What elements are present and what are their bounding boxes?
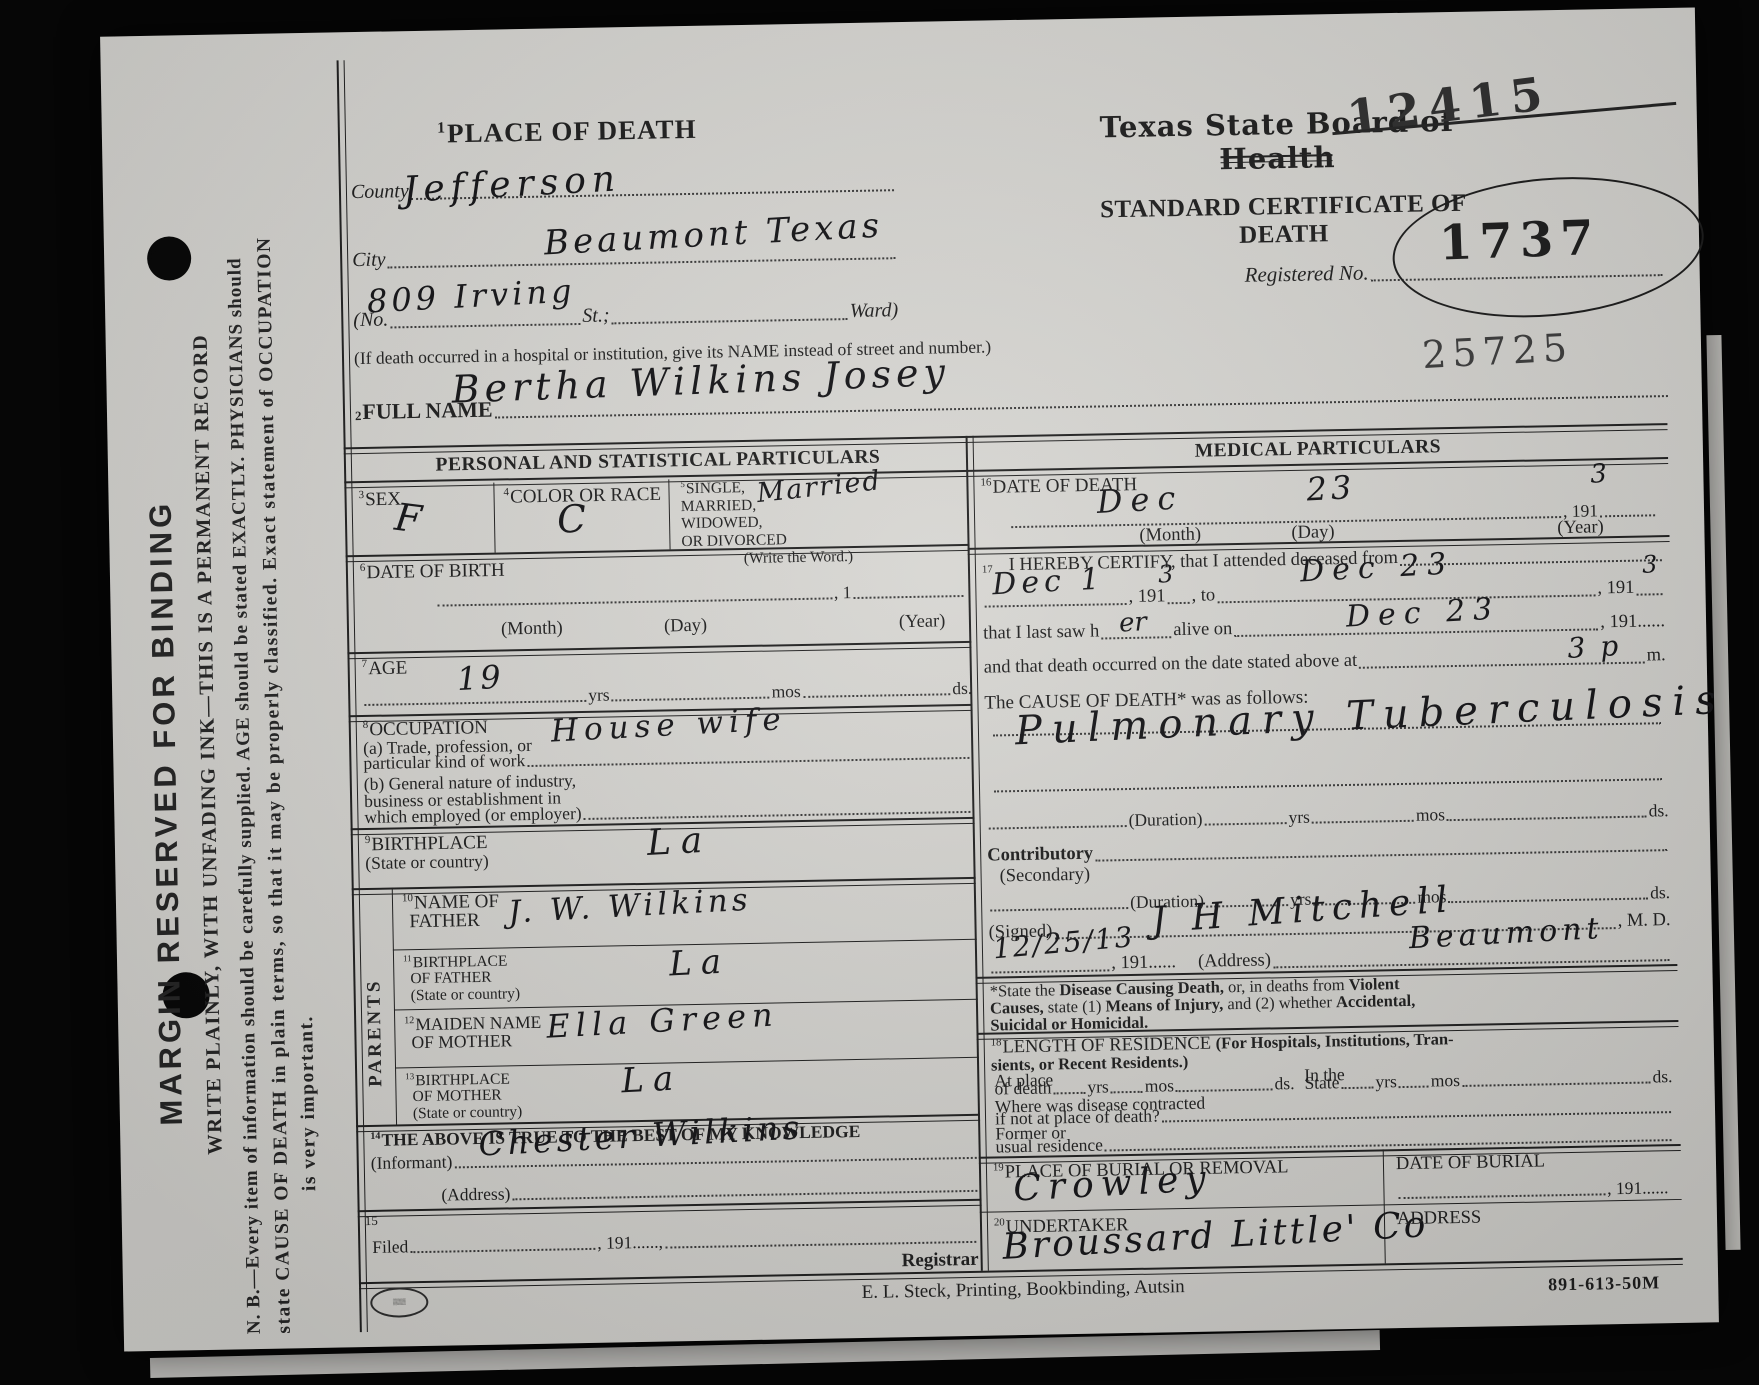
dotted-line bbox=[994, 778, 1662, 792]
death-day-handwriting: 23 bbox=[1306, 471, 1356, 506]
state-or-country-note: (State or country) bbox=[411, 985, 521, 1005]
field-number: 5 bbox=[680, 479, 685, 489]
ward-label: Ward) bbox=[850, 300, 899, 322]
mother-birthplace-handwriting: La bbox=[620, 1061, 683, 1098]
maiden-name-of-mother-label-2: OF MOTHER bbox=[411, 1030, 512, 1053]
field-number: 9 bbox=[365, 834, 371, 846]
sex-value-handwriting: F bbox=[393, 498, 424, 539]
to-label: , to bbox=[1191, 586, 1215, 606]
yrs-label: yrs bbox=[588, 685, 610, 704]
place-of-death-title: 1PLACE OF DEATH bbox=[352, 112, 782, 151]
occupation-b-line3: which employed (or employer) bbox=[364, 804, 582, 826]
dots bbox=[1176, 1086, 1273, 1093]
yrs-label: yrs bbox=[1288, 808, 1310, 827]
county-label: County bbox=[351, 181, 409, 203]
field-number: 7 bbox=[362, 658, 368, 670]
yrs-label: yrs bbox=[1375, 1072, 1397, 1091]
date-of-birth-label: DATE OF BIRTH bbox=[366, 560, 505, 584]
dots bbox=[1095, 847, 1667, 862]
filed-label: Filed bbox=[372, 1237, 408, 1256]
dots bbox=[1600, 512, 1655, 518]
dots bbox=[410, 1245, 595, 1253]
alive-on-text: alive on bbox=[1173, 620, 1232, 641]
margin-nb-note-line3: is very important. bbox=[295, 961, 321, 1191]
dots bbox=[612, 315, 848, 324]
print-job-number: 891-613-50M bbox=[1548, 1272, 1660, 1295]
father-birthplace-handwriting: La bbox=[668, 944, 731, 981]
field-number: 11 bbox=[403, 953, 412, 963]
attended-from-year-handwriting: 3 bbox=[1157, 562, 1174, 587]
state-or-country-note: (State or country) bbox=[365, 851, 489, 874]
field-number: 18 bbox=[991, 1036, 1002, 1048]
dots bbox=[1162, 1108, 1671, 1122]
row-rule bbox=[395, 1057, 979, 1069]
mos-label: mos bbox=[1431, 1071, 1461, 1090]
parents-label: PARENTS bbox=[362, 927, 387, 1087]
burial-place-handwriting: Crowley bbox=[1012, 1161, 1213, 1208]
year-blank: , 191...... bbox=[1607, 1178, 1669, 1197]
death-year-handwriting: 3 bbox=[1590, 461, 1608, 488]
race-value-handwriting: C bbox=[556, 499, 587, 538]
row-rule bbox=[347, 641, 971, 659]
time-of-death-handwriting: 3 p bbox=[1567, 632, 1622, 663]
secondary-note: (Secondary) bbox=[999, 865, 1090, 888]
year-printed: , 191 bbox=[1597, 579, 1634, 599]
dots bbox=[364, 697, 586, 706]
field-number: 14 bbox=[370, 1131, 380, 1142]
file-number-stamp: 25725 bbox=[1421, 325, 1574, 377]
state-label: State bbox=[1304, 1073, 1339, 1092]
year-sublabel: (Year) bbox=[899, 611, 946, 633]
margin-binding-note: MARGIN RESERVED FOR BINDING bbox=[140, 385, 190, 1126]
her-handwriting: er bbox=[1118, 609, 1147, 636]
field-number: 16 bbox=[980, 476, 991, 488]
state-or-country-note: (State or country) bbox=[413, 1103, 523, 1123]
dots bbox=[665, 1238, 976, 1249]
field-number: 2 bbox=[355, 410, 362, 424]
informant-label: (Informant) bbox=[371, 1152, 453, 1172]
day-sublabel: (Day) bbox=[664, 616, 708, 638]
dots bbox=[1011, 513, 1561, 528]
contributory-label: Contributory bbox=[987, 845, 1093, 866]
dots bbox=[1399, 1083, 1429, 1089]
row-rule bbox=[346, 544, 970, 562]
year-blank: , 191...... bbox=[1111, 953, 1176, 974]
dots bbox=[527, 754, 969, 767]
dots bbox=[1447, 813, 1647, 822]
month-sublabel: (Month) bbox=[501, 618, 563, 640]
field-number: 3 bbox=[358, 489, 364, 501]
union-printing-label-icon: ▒▒▒ bbox=[370, 1287, 429, 1318]
age-label: AGE bbox=[368, 658, 407, 680]
informant-address-label: (Address) bbox=[441, 1184, 510, 1204]
field-number: 8 bbox=[363, 719, 369, 731]
dots bbox=[1341, 1084, 1373, 1090]
dots bbox=[990, 904, 1128, 912]
attended-from-handwriting: Dec 1 bbox=[992, 564, 1106, 600]
ds-label: ds. bbox=[1274, 1074, 1294, 1093]
dots bbox=[991, 967, 1109, 974]
mother-name-handwriting: Ella Green bbox=[546, 998, 780, 1042]
occupation-a-line2: particular kind of work bbox=[363, 751, 525, 772]
registered-no-label: Registered No. bbox=[1244, 262, 1368, 286]
parents-strip-divider bbox=[392, 888, 397, 1125]
field-number: 10 bbox=[402, 892, 413, 904]
ds-label: ds. bbox=[1648, 801, 1668, 820]
field-number: 4 bbox=[503, 486, 509, 498]
dots bbox=[1312, 817, 1414, 824]
dots bbox=[438, 595, 833, 607]
photograph-background: { "colors": { "background": "#060606", "… bbox=[0, 0, 1759, 1385]
field-number: 13 bbox=[405, 1071, 414, 1081]
m-label: m. bbox=[1647, 646, 1666, 666]
mos-label: mos bbox=[1145, 1076, 1175, 1095]
md-label: , M. D. bbox=[1617, 911, 1670, 931]
city-label: City bbox=[352, 250, 386, 272]
cell-divider bbox=[668, 479, 670, 549]
street-value-handwriting: 809 Irving bbox=[366, 274, 576, 317]
field-number: 19 bbox=[993, 1161, 1004, 1173]
dots bbox=[1205, 819, 1287, 826]
mos-label: mos bbox=[771, 682, 801, 701]
dots bbox=[1399, 1191, 1606, 1200]
attended-to-handwriting: Dec 23 bbox=[1299, 549, 1455, 587]
death-occurred-text: and that death occurred on the date stat… bbox=[984, 652, 1358, 678]
street-label: St.; bbox=[582, 305, 610, 326]
field-number: 1 bbox=[437, 119, 446, 136]
former-residence-label-2: usual residence bbox=[995, 1136, 1103, 1156]
dots bbox=[612, 694, 770, 702]
ds-label: ds. bbox=[1650, 883, 1670, 902]
dots bbox=[512, 1187, 977, 1201]
dots bbox=[1462, 1079, 1651, 1087]
birthplace-value-handwriting: La bbox=[646, 823, 713, 862]
last-saw-text: that I last saw h bbox=[983, 623, 1099, 645]
field-number: 15 bbox=[365, 1213, 378, 1229]
death-certificate-page: MARGIN RESERVED FOR BINDING WRITE PLAINL… bbox=[100, 7, 1719, 1351]
year-prefix: , 1 bbox=[834, 583, 852, 602]
attended-to-year-handwriting: 3 bbox=[1641, 552, 1658, 577]
dots bbox=[390, 320, 580, 328]
field-number: 6 bbox=[360, 562, 366, 574]
color-or-race-label: COLOR OR RACE bbox=[510, 484, 661, 508]
dots bbox=[454, 1154, 976, 1169]
duration-label: (Duration) bbox=[1128, 810, 1202, 830]
yrs-label: yrs bbox=[1087, 1077, 1109, 1096]
dots bbox=[1168, 599, 1190, 604]
margin-write-plainly-note: WRITE PLAINLY, WITH UNFADING INK—THIS IS… bbox=[188, 250, 228, 1155]
field-number: 12 bbox=[404, 1015, 414, 1026]
dots bbox=[1449, 895, 1649, 904]
ds-label: ds. bbox=[1652, 1067, 1672, 1086]
registrar-label: Registrar bbox=[840, 1249, 978, 1274]
name-of-father-label-2: FATHER bbox=[409, 910, 480, 933]
ds-label: ds. bbox=[952, 679, 972, 698]
mos-label: mos bbox=[1416, 805, 1446, 824]
dots bbox=[853, 592, 963, 599]
address-label: (Address) bbox=[1198, 951, 1271, 972]
date-of-burial-label: DATE OF BURIAL bbox=[1396, 1151, 1545, 1175]
dots bbox=[989, 822, 1127, 830]
filed-year-label: , 191......, bbox=[597, 1233, 663, 1253]
dots bbox=[1637, 591, 1663, 596]
county-value-handwriting: Jefferson bbox=[402, 161, 622, 209]
year-printed: , 191 bbox=[1128, 587, 1165, 607]
last-saw-date-handwriting: Dec 23 bbox=[1345, 594, 1501, 632]
punch-hole-top bbox=[147, 236, 192, 281]
dots bbox=[803, 691, 951, 699]
undertaker-address-label: ADDRESS bbox=[1397, 1208, 1482, 1231]
cell-divider bbox=[493, 483, 495, 553]
